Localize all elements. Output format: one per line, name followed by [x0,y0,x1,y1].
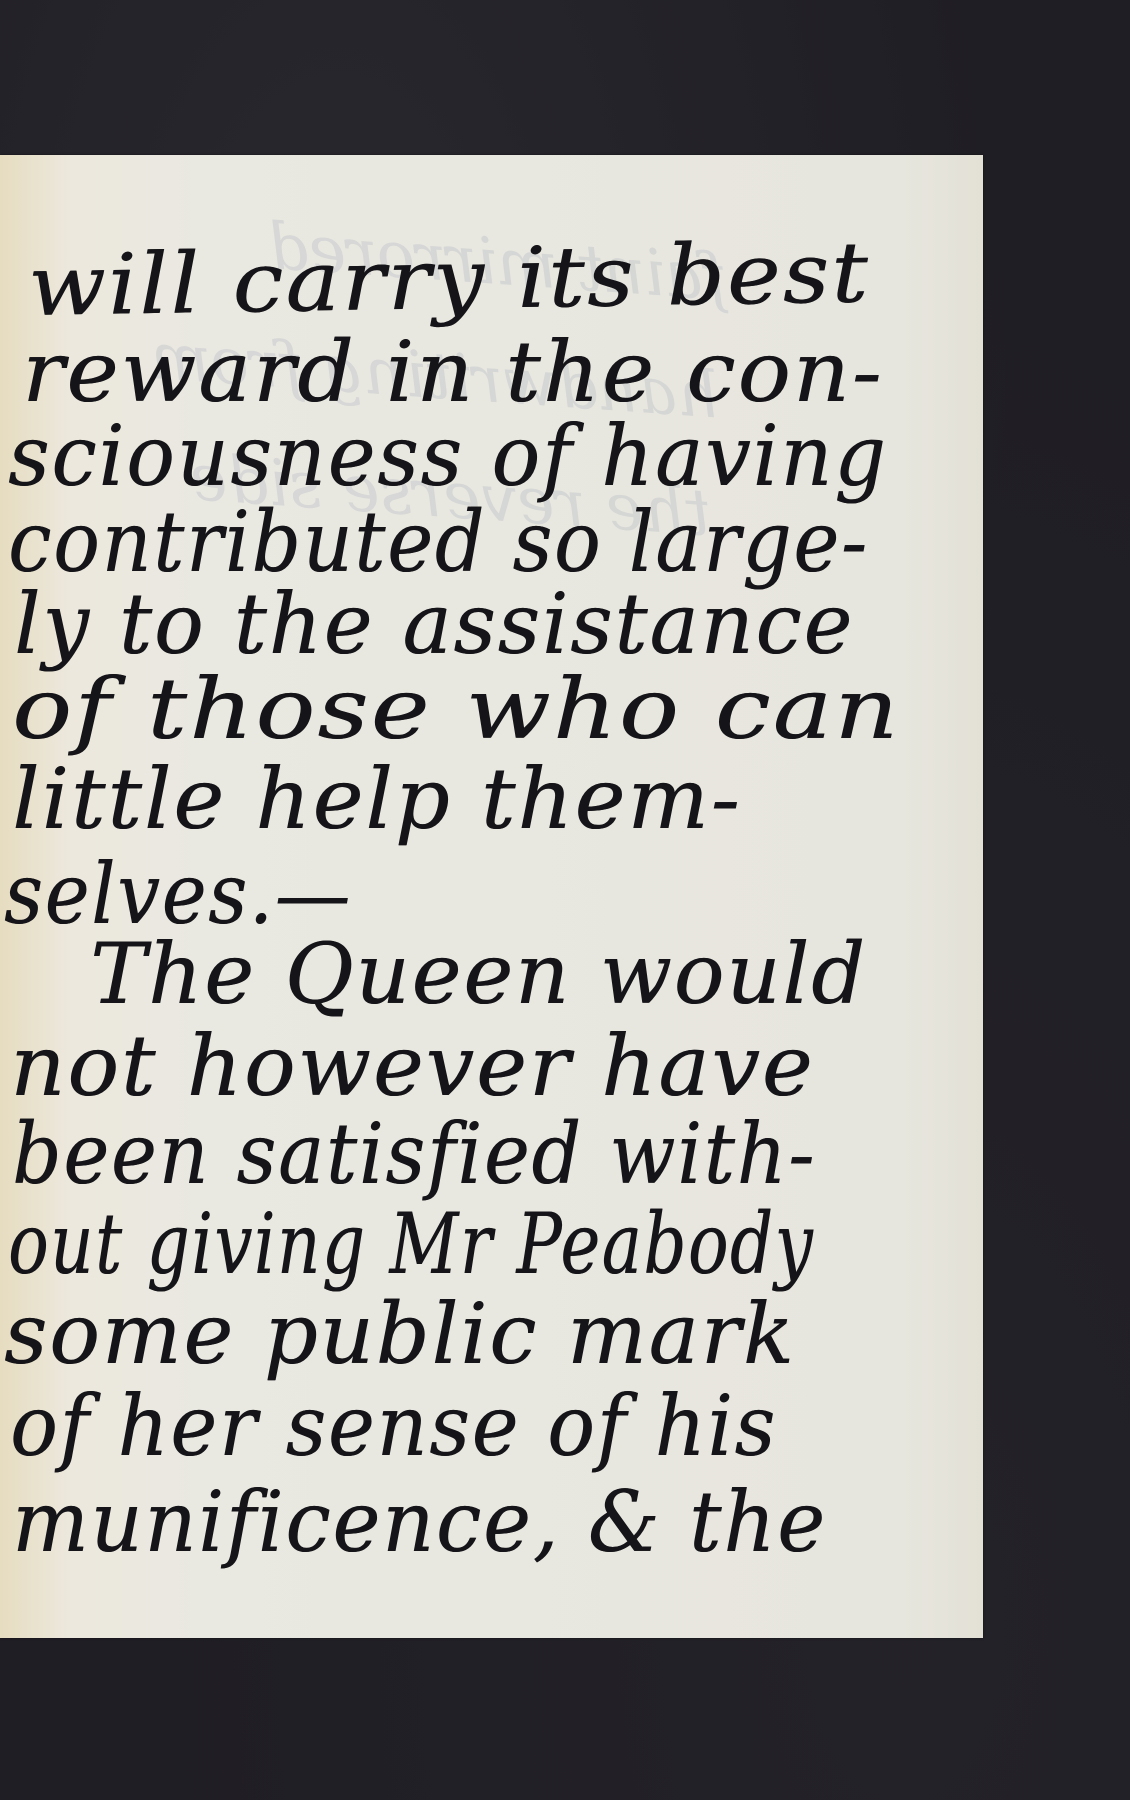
handwritten-line: The Queen would [90,925,867,1023]
handwritten-line: out giving Mr Peabody [8,1195,814,1293]
handwritten-line: ly to the assistance [14,575,854,673]
handwritten-line: of her sense of his [10,1377,777,1475]
handwritten-line: of those who can [12,660,900,758]
handwritten-line: little help them- [12,750,742,848]
handwritten-line: not however have [10,1017,815,1115]
handwritten-line: some public mark [4,1285,796,1383]
handwritten-line: will carry its best [27,223,871,335]
handwritten-line: munificence, & the [12,1473,827,1571]
letter-page: faint mirrored handwriting from the reve… [0,155,983,1638]
handwritten-line: been satisfied with- [12,1105,816,1203]
handwritten-line: sciousness of having [8,407,888,505]
